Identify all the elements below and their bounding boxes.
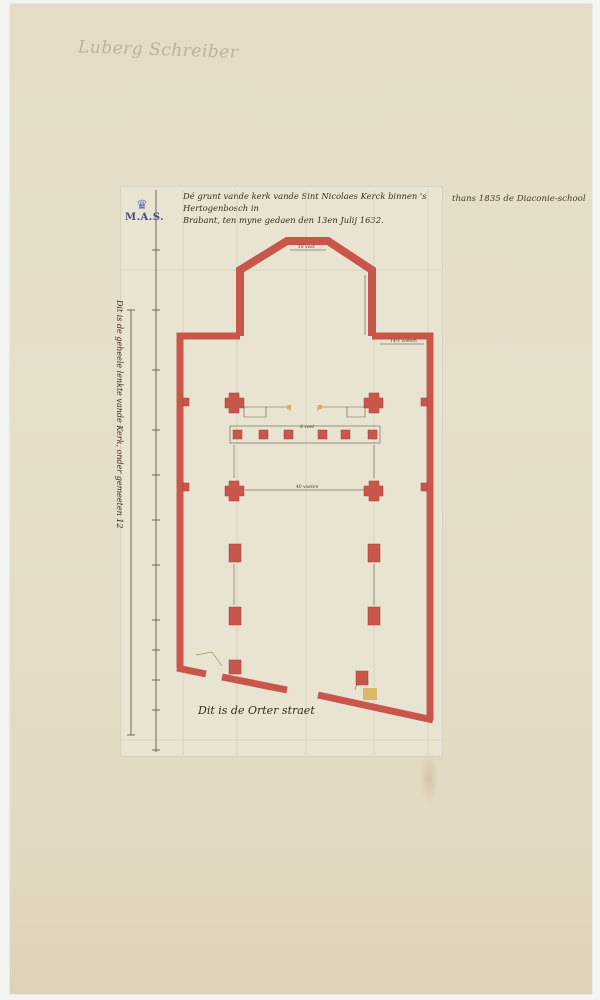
scale-bar <box>127 190 160 752</box>
paper-stain <box>419 752 439 804</box>
construction-lines <box>120 190 441 755</box>
dim-apse-width: 18 voet <box>298 244 315 250</box>
church-floor-plan: 18 voet 14½ voeten 40 voeten 8 voet <box>0 0 600 1000</box>
dim-nave-span: 40 voeten <box>295 484 319 490</box>
walls <box>177 241 433 720</box>
dimension-lines <box>234 250 424 605</box>
door-swing <box>196 652 222 666</box>
dim-screen-span: 8 voet <box>300 424 314 430</box>
piers <box>225 393 383 685</box>
screen-columns <box>233 430 377 439</box>
screen-gate-markers <box>287 405 322 409</box>
street-label: Dit is de Orter straet <box>198 704 315 717</box>
dim-chancel-step: 14½ voeten <box>390 337 417 344</box>
staircase <box>363 688 377 700</box>
